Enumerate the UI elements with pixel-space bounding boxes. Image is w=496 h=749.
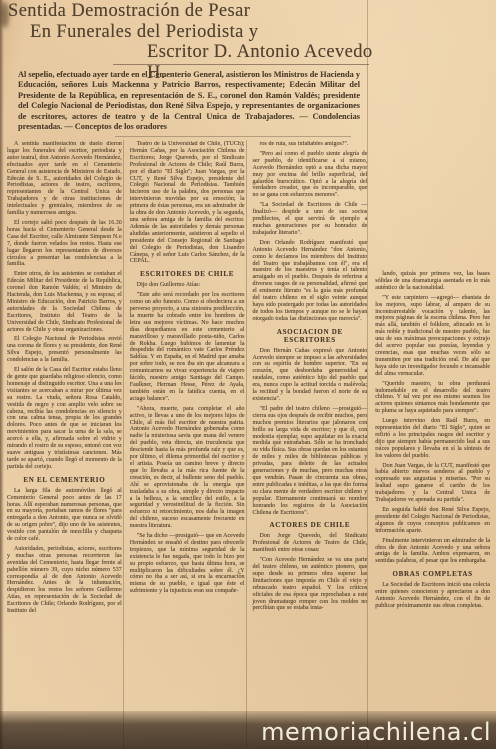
article-column-3: ros de ruta, sus infaltables amigos?"."P… xyxy=(249,141,372,749)
body-paragraph: El salón de la Casa del Escritor estaba … xyxy=(7,367,122,471)
body-paragraph: Autoridades, periodistas, actores, escri… xyxy=(7,546,122,615)
body-paragraph: La Sociedad de Escritores inició una col… xyxy=(375,582,490,610)
article-column-2: Teatro de la Universidad de Chile, (TUCh… xyxy=(126,141,249,749)
section-heading: ASOCIACION DE ESCRITORES xyxy=(253,328,368,344)
body-paragraph: "El padre del teatro chileno —prosiguió—… xyxy=(253,406,368,517)
headline-line-2: En Funerales del Periodista y xyxy=(8,22,376,43)
body-paragraph: "Ahora, muerte, para completar el año ac… xyxy=(130,406,245,530)
ink-smudge xyxy=(0,2,9,28)
section-heading: OBRAS COMPLETAS xyxy=(375,570,490,578)
body-paragraph: Finalmente intervinieron un admirador de… xyxy=(375,538,490,566)
body-paragraph: El Colegio Nacional de Periodistas envió… xyxy=(7,336,122,364)
body-paragraph: Don Hernán Cañas expresó que Antonio Ace… xyxy=(253,348,368,403)
article-body: A sentida manifestación de duelo dieron … xyxy=(3,141,494,749)
headline-line-1: Sentida Demostración de Pesar xyxy=(8,1,376,22)
body-paragraph: "Querido maestro, tu obra perdurará indo… xyxy=(375,381,490,416)
lede-rule xyxy=(115,136,351,137)
watermark: memoriachilena.cl xyxy=(261,717,491,747)
body-paragraph: "Este año será recordado por los escrito… xyxy=(130,292,245,403)
section-heading: ACTORES DE CHILE xyxy=(253,521,368,529)
body-paragraph: "Con Acevedo Hernández se va una parte d… xyxy=(253,557,368,612)
body-paragraph: El cortejo salió poco después de las 16.… xyxy=(7,220,122,268)
body-paragraph: En seguida habló don René Silva Espejo, … xyxy=(375,507,490,535)
body-paragraph: Don Juan Vargas, de la CUT, manifestó qu… xyxy=(375,463,490,504)
body-paragraph: Don Orlando Rodríguez manifestó que Anto… xyxy=(253,240,368,323)
body-paragraph: "Se ha dicho —prosiguió— que en Acevedo … xyxy=(130,533,245,595)
body-paragraph: "Pero así como el pueblo siente alegría … xyxy=(253,151,368,199)
scan-edge-shadow xyxy=(0,0,4,749)
section-heading: EN EL CEMENTERIO xyxy=(7,476,122,484)
body-paragraph: Teatro de la Universidad de Chile, (TUCh… xyxy=(130,141,245,265)
body-paragraph: lando, quizás por primera vez, las bases… xyxy=(375,271,490,292)
body-paragraph: Luego intervino don Raúl Burra, en repre… xyxy=(375,418,490,459)
headline-rule xyxy=(113,64,369,65)
body-paragraph: Entre otros, de los asistentes se contab… xyxy=(7,271,122,333)
body-paragraph: Don Jorge Quevedo, del Sindicato Profesi… xyxy=(253,533,368,554)
body-paragraph: A sentida manifestación de duelo dieron … xyxy=(7,141,122,217)
article-column-4: lando, quizás por primera vez, las bases… xyxy=(371,141,494,749)
body-paragraph: ros de ruta, sus infaltables amigos?". xyxy=(253,141,368,148)
section-heading: ESCRITORES DE CHILE xyxy=(130,270,245,278)
body-paragraph: La larga fila de automóviles llegó al Ce… xyxy=(7,488,122,543)
body-paragraph: "Y este carpintero —agregó— ebanista de … xyxy=(375,295,490,378)
article-column-1: A sentida manifestación de duelo dieron … xyxy=(3,141,126,749)
lede-paragraph: Al sepelio, efectuado ayer tarde en el C… xyxy=(18,70,360,132)
newspaper-clipping: Sentida Demostración de Pesar En Funeral… xyxy=(0,0,496,749)
body-paragraph: "La Sociedad de Escritores de Chile —fin… xyxy=(253,202,368,237)
body-paragraph: Dijo don Guillermo Atías: xyxy=(130,282,245,289)
